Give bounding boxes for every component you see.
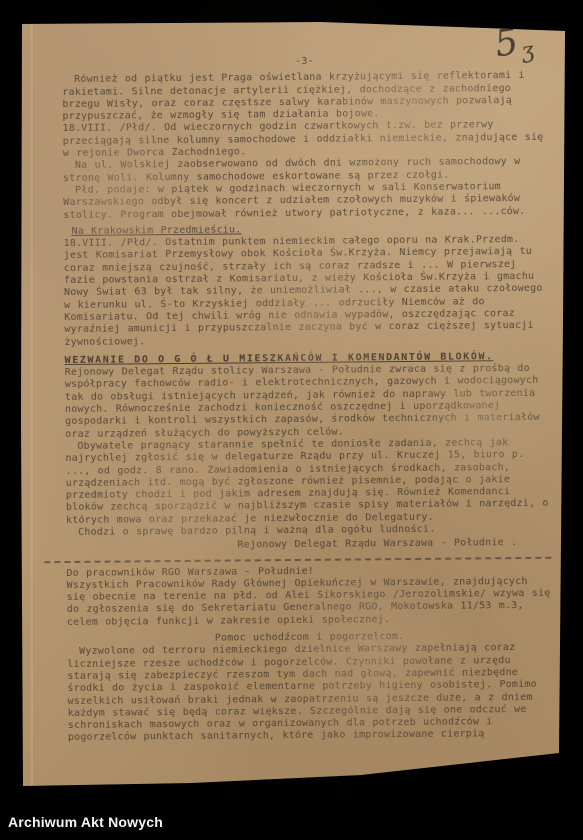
paragraph-concert-report: Płd. podaje: w piątek w godzinach wieczo… bbox=[63, 181, 548, 222]
paragraph-praga-report: Również od piątku jest Praga oświetlana … bbox=[62, 70, 547, 123]
paragraph-refugee-aid-body: Wyzwolone od terroru niemieckiego dzieln… bbox=[67, 642, 553, 745]
archive-watermark: Archiwum Akt Nowych bbox=[8, 814, 163, 830]
paper-sheet: -3- Również od piątku jest Praga oświetl… bbox=[21, 22, 566, 787]
paragraph-registration-instructions: Obywatele pragnący starannie spełnić te … bbox=[65, 437, 551, 527]
paragraph-columns-report: 18.VIII. /Płd/. Od wieczornych godzin cz… bbox=[63, 119, 548, 160]
scanned-document-photo: -3- Również od piątku jest Praga oświetl… bbox=[0, 0, 583, 840]
dashed-divider bbox=[44, 556, 551, 562]
signature-line: Rejonowy Delegat Rządu Warszawa - Połudn… bbox=[66, 537, 551, 554]
paragraph-komisariat-report: 18.VIII. /Płd/. Ostatnim punktem niemiec… bbox=[64, 234, 550, 349]
page-number: -3- bbox=[62, 54, 547, 71]
paragraph-rgo-call: Wszystkich Pracowników Rady Głównej Opie… bbox=[67, 576, 552, 629]
typewritten-text: -3- Również od piątku jest Praga oświetl… bbox=[18, 20, 570, 790]
handwritten-page-mark: 5ʒ bbox=[492, 19, 533, 65]
paragraph-delegat-appeal: Rejonowy Delegat Rządu stolicy Warszawa … bbox=[65, 363, 551, 441]
